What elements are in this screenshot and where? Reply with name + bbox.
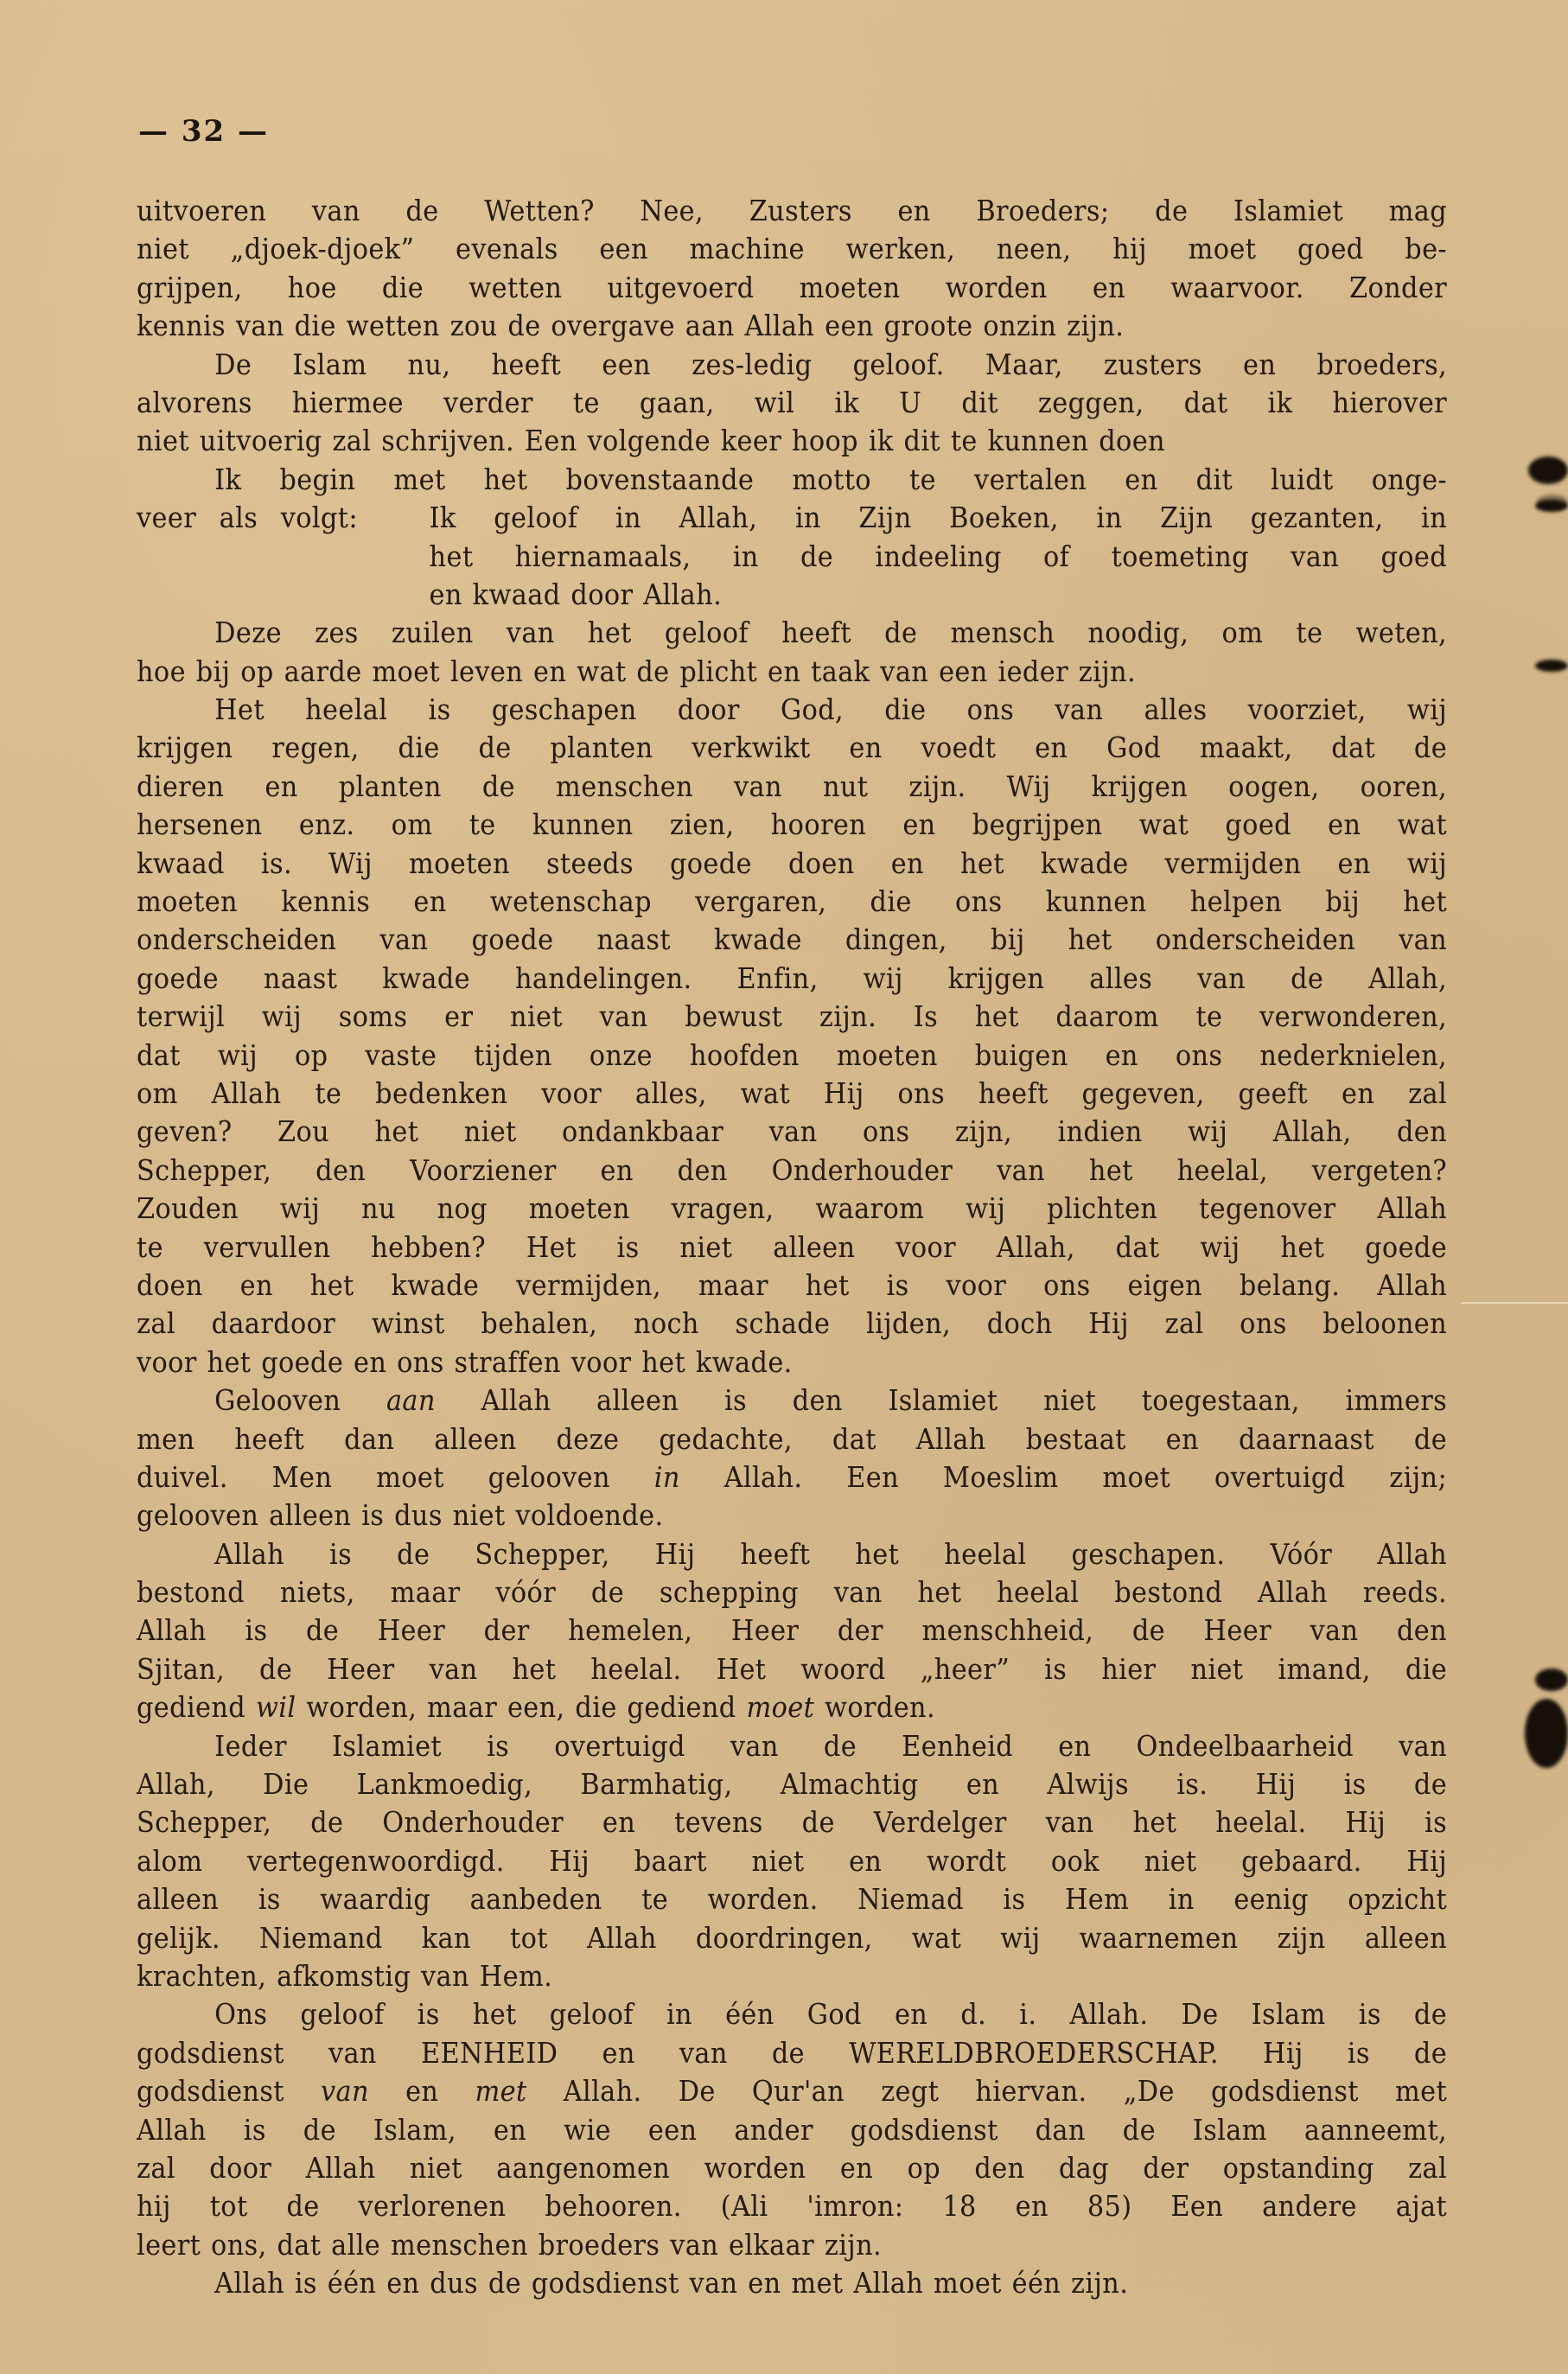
text-segment: Gelooven — [214, 1383, 386, 1417]
text-line: moeten kennis en wetenschap vergaren, di… — [137, 883, 1447, 921]
text-line: leert ons, dat alle menschen broeders va… — [137, 2226, 1447, 2264]
motto-first-line: veer als volgt: Ik geloof in Allah, in Z… — [137, 499, 1447, 537]
motto-line: Ik geloof in Allah, in Zijn Boeken, in Z… — [430, 499, 1447, 537]
text-line: men heeft dan alleen deze gedachte, dat … — [137, 1420, 1447, 1458]
text-line: hoe bij op aarde moet leven en wat de pl… — [137, 653, 1447, 691]
text-line: Zouden wij nu nog moeten vragen, waarom … — [137, 1190, 1447, 1228]
emphasized-word: aan — [386, 1383, 436, 1417]
ink-blot — [1525, 1699, 1568, 1768]
motto-line: en kwaad door Allah. — [137, 576, 1447, 614]
text-line: godsdienst van EENHEID en van de WERELDB… — [137, 2034, 1447, 2072]
motto-line: het hiernamaals, in de indeeling of toem… — [137, 538, 1447, 576]
text-segment: gediend — [137, 1690, 256, 1724]
text-line: Gelooven aan Allah alleen is den Islamie… — [137, 1382, 1447, 1420]
text-line: Ieder Islamiet is overtuigd van de Eenhe… — [137, 1727, 1447, 1765]
text-line: dieren en planten de menschen van nut zi… — [137, 768, 1447, 806]
motto-block: veer als volgt: Ik geloof in Allah, in Z… — [137, 499, 1447, 614]
text-segment: Allah. De Qur'an zegt hiervan. „De godsd… — [527, 2074, 1447, 2108]
text-line: Ons geloof is het geloof in één God en d… — [137, 1995, 1447, 2033]
motto-label: veer als volgt: — [137, 499, 430, 537]
text-segment: duivel. Men moet gelooven — [137, 1460, 654, 1494]
text-line: zal door Allah niet aangenomen worden en… — [137, 2149, 1447, 2187]
text-line: niet „djoek-djoek” evenals een machine w… — [137, 230, 1447, 268]
ink-blot — [1535, 500, 1568, 512]
text-line: geven? Zou het niet ondankbaar van ons z… — [137, 1113, 1447, 1151]
text-line: Ik begin met het bovenstaande motto te v… — [137, 461, 1447, 499]
text-line: Schepper, de Onderhouder en tevens de Ve… — [137, 1803, 1447, 1841]
text-line: alleen is waardig aanbeden te worden. Ni… — [137, 1880, 1447, 1918]
text-line: alom vertegenwoordigd. Hij baart niet en… — [137, 1842, 1447, 1880]
text-line: gelooven alleen is dus niet voldoende. — [137, 1497, 1447, 1535]
text-line: Het heelal is geschapen door God, die on… — [137, 691, 1447, 729]
text-line: Sjitan, de Heer van het heelal. Het woor… — [137, 1650, 1447, 1688]
text-line: gediend wil worden, maar een, die gedien… — [137, 1688, 1447, 1726]
text-segment: Allah. Een Moeslim moet overtuigd zijn; — [680, 1460, 1447, 1494]
emphasized-word: wil — [256, 1690, 296, 1724]
text-line: alvorens hiermee verder te gaan, wil ik … — [137, 384, 1447, 422]
text-line: bestond niets, maar vóór de schepping va… — [137, 1573, 1447, 1611]
text-line: zal daardoor winst behalen, noch schade … — [137, 1305, 1447, 1343]
text-segment: en — [369, 2074, 475, 2108]
text-line: grijpen, hoe die wetten uitgevoerd moete… — [137, 269, 1447, 307]
emphasized-word: met — [475, 2074, 526, 2108]
opening-paragraphs: uitvoeren van de Wetten? Nee, Zusters en… — [137, 192, 1447, 499]
text-line: terwijl wij soms er niet van bewust zijn… — [137, 998, 1447, 1036]
text-line: duivel. Men moet gelooven in Allah. Een … — [137, 1458, 1447, 1497]
text-segment: worden, maar een, die gediend — [296, 1690, 746, 1724]
text-segment: worden. — [814, 1690, 935, 1724]
ink-blot — [1528, 456, 1568, 484]
text-line: krijgen regen, die de planten verkwikt e… — [137, 729, 1447, 767]
text-line: Allah is één en dus de godsdienst van en… — [137, 2264, 1447, 2302]
page-number: — 32 — — [138, 114, 269, 149]
text-line: krachten, afkomstig van Hem. — [137, 1957, 1447, 1995]
body-text: uitvoeren van de Wetten? Nee, Zusters en… — [137, 192, 1447, 2302]
text-line: om Allah te bedenken voor alles, wat Hij… — [137, 1075, 1447, 1113]
ink-blot — [1535, 1669, 1568, 1691]
text-line: doen en het kwade vermijden, maar het is… — [137, 1267, 1447, 1305]
emphasized-word: moet — [746, 1690, 814, 1724]
text-line: goede naast kwade handelingen. Enfin, wi… — [137, 960, 1447, 998]
text-line: dat wij op vaste tijden onze hoofden moe… — [137, 1037, 1447, 1075]
body-paragraphs: Deze zes zuilen van het geloof heeft de … — [137, 614, 1447, 2302]
text-line: godsdienst van en met Allah. De Qur'an z… — [137, 2072, 1447, 2110]
text-line: De Islam nu, heeft een zes-ledig geloof.… — [137, 346, 1447, 384]
paper-crease — [1461, 1302, 1568, 1304]
text-line: Allah is de Schepper, Hij heeft het heel… — [137, 1535, 1447, 1573]
text-line: kennis van die wetten zou de overgave aa… — [137, 307, 1447, 345]
text-line: voor het goede en ons straffen voor het … — [137, 1343, 1447, 1382]
text-segment: godsdienst — [137, 2074, 321, 2108]
text-line: Allah, Die Lankmoedig, Barmhatig, Almach… — [137, 1765, 1447, 1803]
text-line: Deze zes zuilen van het geloof heeft de … — [137, 614, 1447, 652]
book-page: — 32 — uitvoeren van de Wetten? Nee, Zus… — [0, 0, 1568, 2374]
text-line: kwaad is. Wij moeten steeds goede doen e… — [137, 845, 1447, 883]
text-line: uitvoeren van de Wetten? Nee, Zusters en… — [137, 192, 1447, 230]
text-line: Allah is de Islam, en wie een ander gods… — [137, 2111, 1447, 2149]
text-line: hij tot de verlorenen behooren. (Ali 'im… — [137, 2187, 1447, 2225]
ink-blot — [1535, 660, 1568, 672]
text-line: Allah is de Heer der hemelen, Heer der m… — [137, 1611, 1447, 1650]
text-line: onderscheiden van goede naast kwade ding… — [137, 921, 1447, 959]
emphasized-word: in — [654, 1460, 680, 1494]
text-line: Schepper, den Voorziener en den Onderhou… — [137, 1152, 1447, 1190]
text-line: niet uitvoerig zal schrijven. Een volgen… — [137, 422, 1447, 460]
text-line: te vervullen hebben? Het is niet alleen … — [137, 1228, 1447, 1267]
text-line: hersenen enz. om te kunnen zien, hooren … — [137, 806, 1447, 844]
text-line: gelijk. Niemand kan tot Allah doordringe… — [137, 1919, 1447, 1957]
text-segment: Allah alleen is den Islamiet niet toeges… — [436, 1383, 1447, 1417]
emphasized-word: van — [321, 2074, 369, 2108]
